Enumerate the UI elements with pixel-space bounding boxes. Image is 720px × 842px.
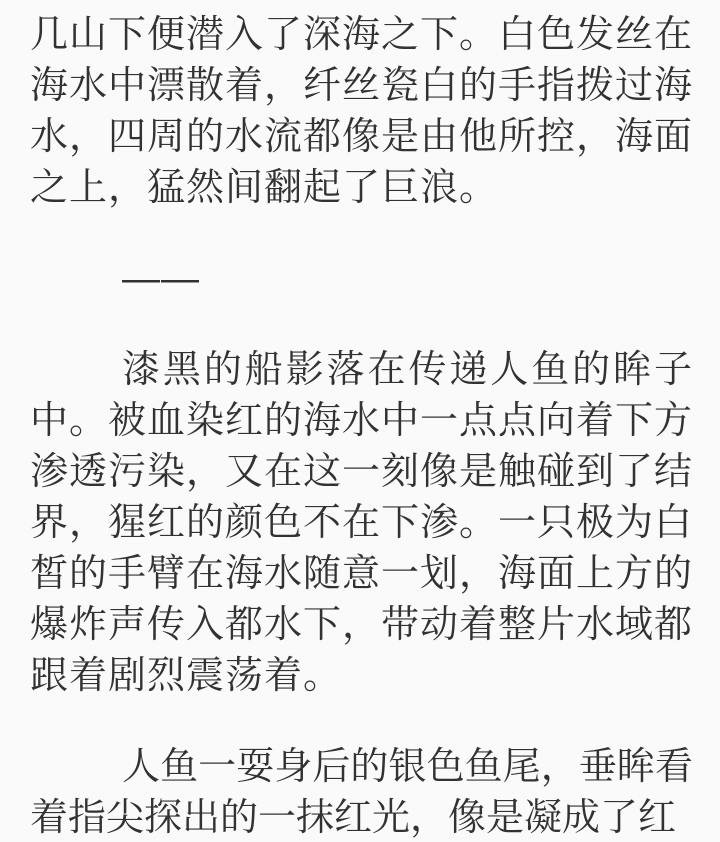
paragraph-ship-shadow: 漆黑的船影落在传递人鱼的眸子中。被血染红的海水中一点点向着下方渗透污染，又在这一… — [30, 345, 693, 702]
paragraph-continued: 几山下便潜入了深海之下。白色发丝在海水中漂散着，纤丝瓷白的手指拨过海水，四周的水… — [30, 10, 693, 214]
scene-separator: —— — [30, 254, 693, 305]
paragraph-mermaid-tail: 人鱼一耍身后的银色鱼尾，垂眸看着指尖探出的一抹红光，像是凝成了红 — [30, 742, 693, 842]
novel-text-column: 几山下便潜入了深海之下。白色发丝在海水中漂散着，纤丝瓷白的手指拨过海水，四周的水… — [0, 0, 720, 842]
reader-page[interactable]: 几山下便潜入了深海之下。白色发丝在海水中漂散着，纤丝瓷白的手指拨过海水，四周的水… — [0, 0, 720, 842]
